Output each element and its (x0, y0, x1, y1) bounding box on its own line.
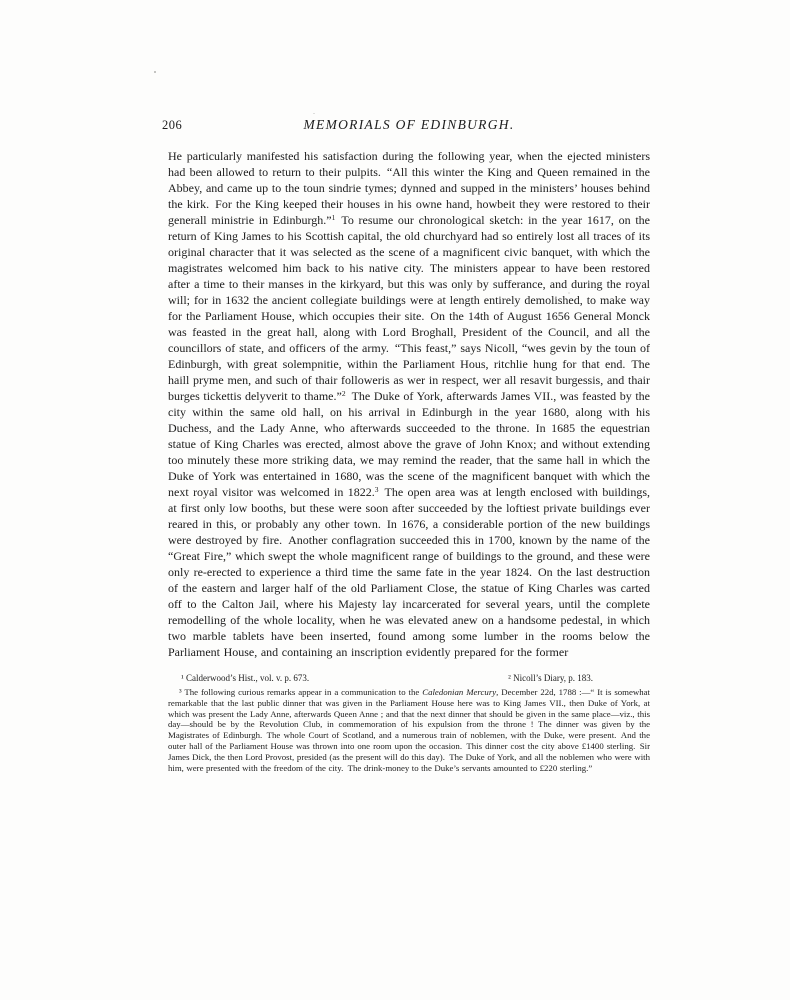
footnote-3: ³ The following curious remarks appear i… (168, 687, 650, 773)
page-number: 206 (162, 118, 182, 133)
running-header: 206 MEMORIALS OF EDINBURGH. (168, 117, 650, 134)
body-segment: The open area was at length enclosed wit… (168, 485, 650, 659)
scan-speck (313, 113, 315, 114)
footnote-3-text: , December 22d, 1788 :—“ It is somewhat … (168, 687, 650, 773)
header-title: MEMORIALS OF EDINBURGH. (168, 117, 650, 133)
footnote-2: ² Nicoll’s Diary, p. 183. (508, 673, 593, 684)
footnote-3-text: ³ The following curious remarks appear i… (179, 687, 422, 697)
scan-speck (154, 71, 156, 73)
body-segment: To resume our chronological sketch: in t… (168, 213, 650, 403)
book-page: 206 MEMORIALS OF EDINBURGH. He particula… (0, 0, 790, 1000)
body-segment: The Duke of York, afterwards James VII.,… (168, 389, 650, 499)
footnote-ref-3: 3 (375, 485, 379, 494)
footnote-ref-1: 1 (332, 213, 336, 222)
footnotes-section: ¹ Calderwood’s Hist., vol. v. p. 673. ² … (168, 673, 650, 773)
footnote-ref-2: 2 (342, 389, 346, 398)
footnote-1: ¹ Calderwood’s Hist., vol. v. p. 673. (181, 673, 309, 684)
footnote-row: ¹ Calderwood’s Hist., vol. v. p. 673. ² … (168, 673, 650, 684)
main-paragraph: He particularly manifested his satisfact… (168, 148, 650, 660)
footnote-3-journal-title: Caledonian Mercury (422, 687, 496, 697)
page-content: 206 MEMORIALS OF EDINBURGH. He particula… (168, 117, 650, 782)
